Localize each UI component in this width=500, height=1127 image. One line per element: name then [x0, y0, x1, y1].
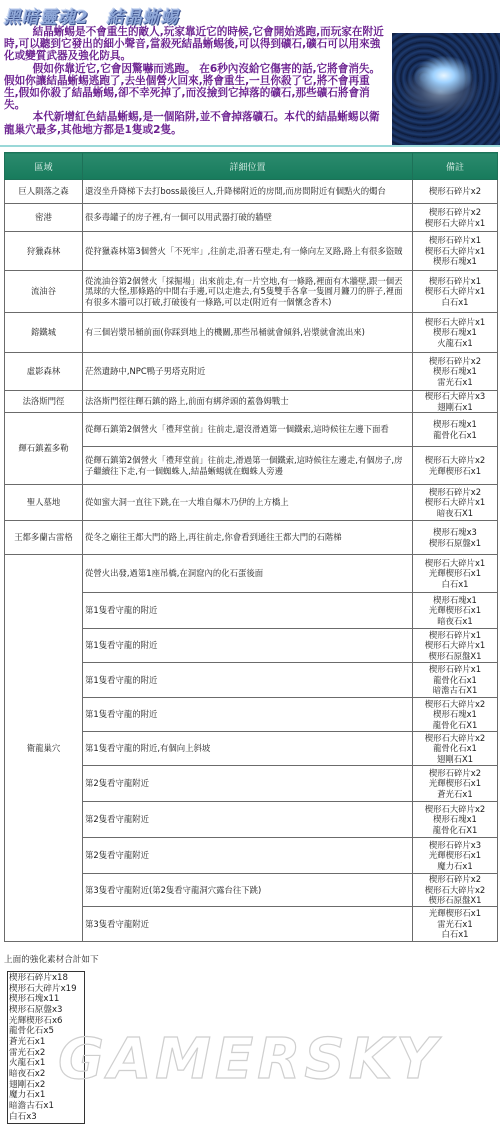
region-cell: 流油谷 — [5, 271, 83, 313]
table-row: 衛龍巢穴從營火出發,過第1座吊橋,在洞窟內的化石蛋後面楔形石大碎片x1光輝楔形石… — [5, 555, 498, 593]
table-row: 王都多蘭古雷格從冬之廟往王都大門的路上,再往前走,你會看到通往王都大門的石階梯楔… — [5, 521, 498, 555]
notes-cell: 楔形石大碎片x3翅剛石x1 — [413, 391, 498, 413]
material-item: 光輝楔形石x1 — [415, 466, 495, 477]
material-item: 楔形石大碎片x1 — [415, 286, 495, 297]
location-cell: 第1隻看守龍的附近 — [83, 593, 413, 629]
material-item: 光輝楔形石x1 — [415, 908, 495, 919]
table-body: 巨人隕落之森還沒坐升降梯下去打boss最後巨人,升降梯附近的房間,而房間附近有個… — [5, 180, 498, 942]
material-item: 楔形石塊x1 — [415, 366, 495, 377]
notes-cell: 楔形石碎片x2楔形石大碎片x1暗夜石X1 — [413, 485, 498, 521]
summary-item: 楔形石大碎片x19 — [9, 984, 83, 995]
material-item: 楔形石塊x1 — [415, 709, 495, 720]
location-cell: 第2隻看守龍附近 — [83, 766, 413, 802]
material-item: 楔形石碎片x1 — [415, 235, 495, 246]
location-cell: 第2隻看守龍附近 — [83, 802, 413, 838]
summary-item: 楔形石塊x11 — [9, 994, 83, 1005]
material-item: 龍骨化石x1 — [415, 675, 495, 686]
column-header-notes: 備註 — [413, 153, 498, 180]
location-cell: 茫然遺跡中,NPC鴨子男塔克附近 — [83, 353, 413, 391]
notes-cell: 楔形石碎片x2楔形石大碎片x2楔形石原盤X1 — [413, 874, 498, 907]
notes-cell: 楔形石碎片x2光輝楔形石x1蒼光石x1 — [413, 766, 498, 802]
table-row: 巨人隕落之森還沒坐升降梯下去打boss最後巨人,升降梯附近的房間,而房間附近有個… — [5, 180, 498, 204]
material-item: 楔形石原盤x1 — [415, 538, 495, 549]
table-row: 流油谷從流油谷第2個營火「採掘場」出來前走,有一片空地,有一條路,裡面有木牆壁,… — [5, 271, 498, 313]
material-item: 楔形石碎片x1 — [415, 630, 495, 641]
material-item: 楔形石原盤X1 — [415, 651, 495, 662]
material-item: 楔形石大碎片x1 — [415, 246, 495, 257]
location-cell: 有三個岩漿吊桶前面(你踩到地上的機關,那些吊桶就會傾斜,岩漿就會流出來) — [83, 313, 413, 353]
material-item: 翅剛石x1 — [415, 402, 495, 413]
material-item: 楔形石碎片x1 — [415, 664, 495, 675]
notes-cell: 楔形石大碎片x2光輝楔形石x1 — [413, 447, 498, 485]
notes-cell: 楔形石塊x1光輝楔形石x1暗夜石x1 — [413, 593, 498, 629]
material-item: 翅剛石X1 — [415, 754, 495, 765]
notes-cell: 楔形石碎片x2楔形石塊x1雷光石x1 — [413, 353, 498, 391]
notes-cell: 楔形石碎片x3光輝楔形石x1魔力石x1 — [413, 838, 498, 874]
material-item: 龍骨化石X1 — [415, 825, 495, 836]
location-cell: 第3隻看守龍附近(第2隻看守龍洞穴露台往下跳) — [83, 874, 413, 907]
material-item: 光輝楔形石x1 — [415, 605, 495, 616]
page-title: 黑暗靈魂2 結晶蜥蜴 — [4, 3, 179, 28]
material-item: 楔形石大碎片x2 — [415, 455, 495, 466]
location-cell: 從營火出發,過第1座吊橋,在洞窟內的化石蛋後面 — [83, 555, 413, 593]
location-cell: 從輝石鎮第2個營火「禮拜堂前」往前走,滑過第一個鐵索,這時候往左邊走,有個房子,… — [83, 447, 413, 485]
material-item: 楔形石碎片x2 — [415, 768, 495, 779]
region-cell: 輝石鎮蓋多勒 — [5, 413, 83, 485]
table-row: 法洛斯門徑法洛斯門徑往輝石鎮的路上,前面有綁斧頭的蓋魯姆戰士楔形石大碎片x3翅剛… — [5, 391, 498, 413]
material-item: 楔形石碎片x2 — [415, 186, 495, 197]
material-item: 楔形石碎片x1 — [415, 276, 495, 287]
location-cell: 從輝石鎮第2個營火「禮拜堂前」往前走,還沒滑過第一個鐵索,這時候往左邊下面看 — [83, 413, 413, 447]
material-item: 龍骨化石x1 — [415, 743, 495, 754]
region-cell: 王都多蘭古雷格 — [5, 521, 83, 555]
summary-item: 白石x3 — [9, 1112, 83, 1123]
location-cell: 很多毒罐子的房子裡,有一個可以用武器打破的牆壁 — [83, 204, 413, 232]
intro-paragraph: 本代新增紅色結晶蜥蜴,是一個陷阱,並不會掉落礦石。本代的結晶蜥蜴以衛龍巢穴最多,… — [4, 111, 384, 135]
material-item: 楔形石大碎片x2 — [415, 885, 495, 896]
divider — [0, 145, 500, 147]
location-cell: 第3隻看守龍附近 — [83, 907, 413, 942]
crystal-lizard-image — [392, 33, 500, 145]
material-item: 楔形石碎片x3 — [415, 840, 495, 851]
material-item: 白石x1 — [415, 297, 495, 308]
location-cell: 還沒坐升降梯下去打boss最後巨人,升降梯附近的房間,而房間附近有個點火的燭台 — [83, 180, 413, 204]
table-row: 密港很多毒罐子的房子裡,有一個可以用武器打破的牆壁楔形石碎片x2楔形石大碎片x1 — [5, 204, 498, 232]
material-item: 雷光石x1 — [415, 919, 495, 930]
notes-cell: 楔形石碎片x2楔形石大碎片x1 — [413, 204, 498, 232]
material-item: 楔形石塊x1 — [415, 814, 495, 825]
region-cell: 巨人隕落之森 — [5, 180, 83, 204]
material-item: 楔形石碎片x2 — [415, 356, 495, 367]
region-cell: 衛龍巢穴 — [5, 555, 83, 942]
material-item: 楔形石大碎片x3 — [415, 391, 495, 402]
notes-cell: 楔形石碎片x1龍骨化石x1暗澹古石X1 — [413, 663, 498, 698]
material-item: 光輝楔形石x1 — [415, 568, 495, 579]
material-item: 楔形石大碎片x1 — [415, 640, 495, 651]
notes-cell: 楔形石塊x1龍骨化石x1 — [413, 413, 498, 447]
summary-item: 楔形石碎片x18 — [9, 973, 83, 984]
column-header-region: 區域 — [5, 153, 83, 180]
column-header-location: 詳細位置 — [83, 153, 413, 180]
notes-cell: 楔形石大碎片x2楔形石塊x1龍骨化石X1 — [413, 698, 498, 732]
location-cell: 第1隻看守龍的附近 — [83, 698, 413, 732]
material-item: 楔形石大碎片x1 — [415, 558, 495, 569]
notes-cell: 楔形石碎片x2 — [413, 180, 498, 204]
table-row: 鎔鐵城有三個岩漿吊桶前面(你踩到地上的機關,那些吊桶就會傾斜,岩漿就會流出來)楔… — [5, 313, 498, 353]
summary-item: 暗澹古石x1 — [9, 1101, 83, 1112]
lizard-location-table: 區域 詳細位置 備註 巨人隕落之森還沒坐升降梯下去打boss最後巨人,升降梯附近… — [4, 152, 498, 942]
material-item: 龍骨化石X1 — [415, 720, 495, 731]
summary-item: 楔形石原盤x3 — [9, 1005, 83, 1016]
material-item: 楔形石大碎片x1 — [415, 317, 495, 328]
table-header-row: 區域 詳細位置 備註 — [5, 153, 498, 180]
material-item: 火龍石x1 — [415, 338, 495, 349]
location-cell: 從流油谷第2個營火「採掘場」出來前走,有一片空地,有一條路,裡面有木牆壁,跟一個… — [83, 271, 413, 313]
location-cell: 從如蜜大洞一直往下跳,在一大堆自爆木乃伊的上方橋上 — [83, 485, 413, 521]
material-item: 白石x1 — [415, 579, 495, 590]
intro-section: 黑暗靈魂2 結晶蜥蜴 結晶蜥蜴是不會重生的敵人,玩家靠近它的時候,它會開始逃跑,… — [0, 0, 500, 146]
material-item: 光輝楔形石x1 — [415, 850, 495, 861]
notes-cell: 楔形石碎片x1楔形石大碎片x1楔形石原盤X1 — [413, 629, 498, 663]
table-row: 聖人墓地從如蜜大洞一直往下跳,在一大堆自爆木乃伊的上方橋上楔形石碎片x2楔形石大… — [5, 485, 498, 521]
material-item: 楔形石大碎片x2 — [415, 699, 495, 710]
material-item: 楔形石碎片x2 — [415, 207, 495, 218]
material-item: 龍骨化石x1 — [415, 430, 495, 441]
notes-cell: 楔形石大碎片x2楔形石塊x1龍骨化石X1 — [413, 802, 498, 838]
material-item: 楔形石塊x1 — [415, 327, 495, 338]
material-item: 暗夜石X1 — [415, 508, 495, 519]
location-cell: 從狩獵森林第3個營火「不死牢」,往前走,沿著石壁走,有一條向左叉路,路上有很多盜… — [83, 232, 413, 271]
material-item: 楔形石塊x3 — [415, 527, 495, 538]
material-item: 楔形石碎片x2 — [415, 874, 495, 885]
material-item: 楔形石碎片x2 — [415, 487, 495, 498]
region-cell: 法洛斯門徑 — [5, 391, 83, 413]
notes-cell: 楔形石大碎片x1光輝楔形石x1白石x1 — [413, 555, 498, 593]
material-item: 楔形石塊x1 — [415, 256, 495, 267]
location-cell: 第1隻看守龍的附近 — [83, 629, 413, 663]
material-item: 蒼光石x1 — [415, 789, 495, 800]
material-item: 暗澹古石X1 — [415, 685, 495, 696]
region-cell: 鎔鐵城 — [5, 313, 83, 353]
notes-cell: 楔形石碎片x1楔形石大碎片x1楔形石塊x1 — [413, 232, 498, 271]
material-item: 暗夜石x1 — [415, 616, 495, 627]
material-item: 楔形石大碎片x1 — [415, 497, 495, 508]
watermark: GAMERSKY — [58, 1027, 441, 1092]
region-cell: 密港 — [5, 204, 83, 232]
table-row: 虛影森林茫然遺跡中,NPC鴨子男塔克附近楔形石碎片x2楔形石塊x1雷光石x1 — [5, 353, 498, 391]
region-cell: 聖人墓地 — [5, 485, 83, 521]
summary-label: 上面的強化素材合計如下 — [4, 953, 99, 965]
material-item: 楔形石大碎片x2 — [415, 733, 495, 744]
notes-cell: 楔形石大碎片x2龍骨化石x1翅剛石X1 — [413, 732, 498, 766]
material-item: 白石x1 — [415, 929, 495, 940]
material-item: 雷光石x1 — [415, 377, 495, 388]
location-cell: 第1隻看守龍的附近 — [83, 663, 413, 698]
region-cell: 虛影森林 — [5, 353, 83, 391]
region-cell: 狩獵森林 — [5, 232, 83, 271]
location-cell: 從冬之廟往王都大門的路上,再往前走,你會看到通往王都大門的石階梯 — [83, 521, 413, 555]
notes-cell: 楔形石塊x3楔形石原盤x1 — [413, 521, 498, 555]
material-item: 楔形石大碎片x2 — [415, 804, 495, 815]
intro-paragraph: 假如你靠近它,它會因驚嚇而逃跑。 在6秒內沒給它傷害的話,它將會消失。假如你讓結… — [4, 63, 384, 112]
notes-cell: 楔形石大碎片x1楔形石塊x1火龍石x1 — [413, 313, 498, 353]
material-item: 魔力石x1 — [415, 861, 495, 872]
table-row: 輝石鎮蓋多勒從輝石鎮第2個營火「禮拜堂前」往前走,還沒滑過第一個鐵索,這時候往左… — [5, 413, 498, 447]
intro-paragraph: 結晶蜥蜴是不會重生的敵人,玩家靠近它的時候,它會開始逃跑,而玩家在附近時,可以聽… — [4, 26, 384, 63]
summary-item: 光輝楔形石x6 — [9, 1016, 83, 1027]
material-item: 楔形石塊x1 — [415, 595, 495, 606]
table-row: 狩獵森林從狩獵森林第3個營火「不死牢」,往前走,沿著石壁走,有一條向左叉路,路上… — [5, 232, 498, 271]
material-item: 光輝楔形石x1 — [415, 778, 495, 789]
notes-cell: 楔形石碎片x1楔形石大碎片x1白石x1 — [413, 271, 498, 313]
location-cell: 法洛斯門徑往輝石鎮的路上,前面有綁斧頭的蓋魯姆戰士 — [83, 391, 413, 413]
notes-cell: 光輝楔形石x1雷光石x1白石x1 — [413, 907, 498, 942]
material-item: 楔形石大碎片x1 — [415, 218, 495, 229]
location-cell: 第2隻看守龍附近 — [83, 838, 413, 874]
intro-text: 結晶蜥蜴是不會重生的敵人,玩家靠近它的時候,它會開始逃跑,而玩家在附近時,可以聽… — [4, 26, 384, 136]
location-cell: 第1隻看守龍的附近,有個向上斜坡 — [83, 732, 413, 766]
material-item: 楔形石原盤X1 — [415, 895, 495, 906]
material-item: 楔形石塊x1 — [415, 419, 495, 430]
